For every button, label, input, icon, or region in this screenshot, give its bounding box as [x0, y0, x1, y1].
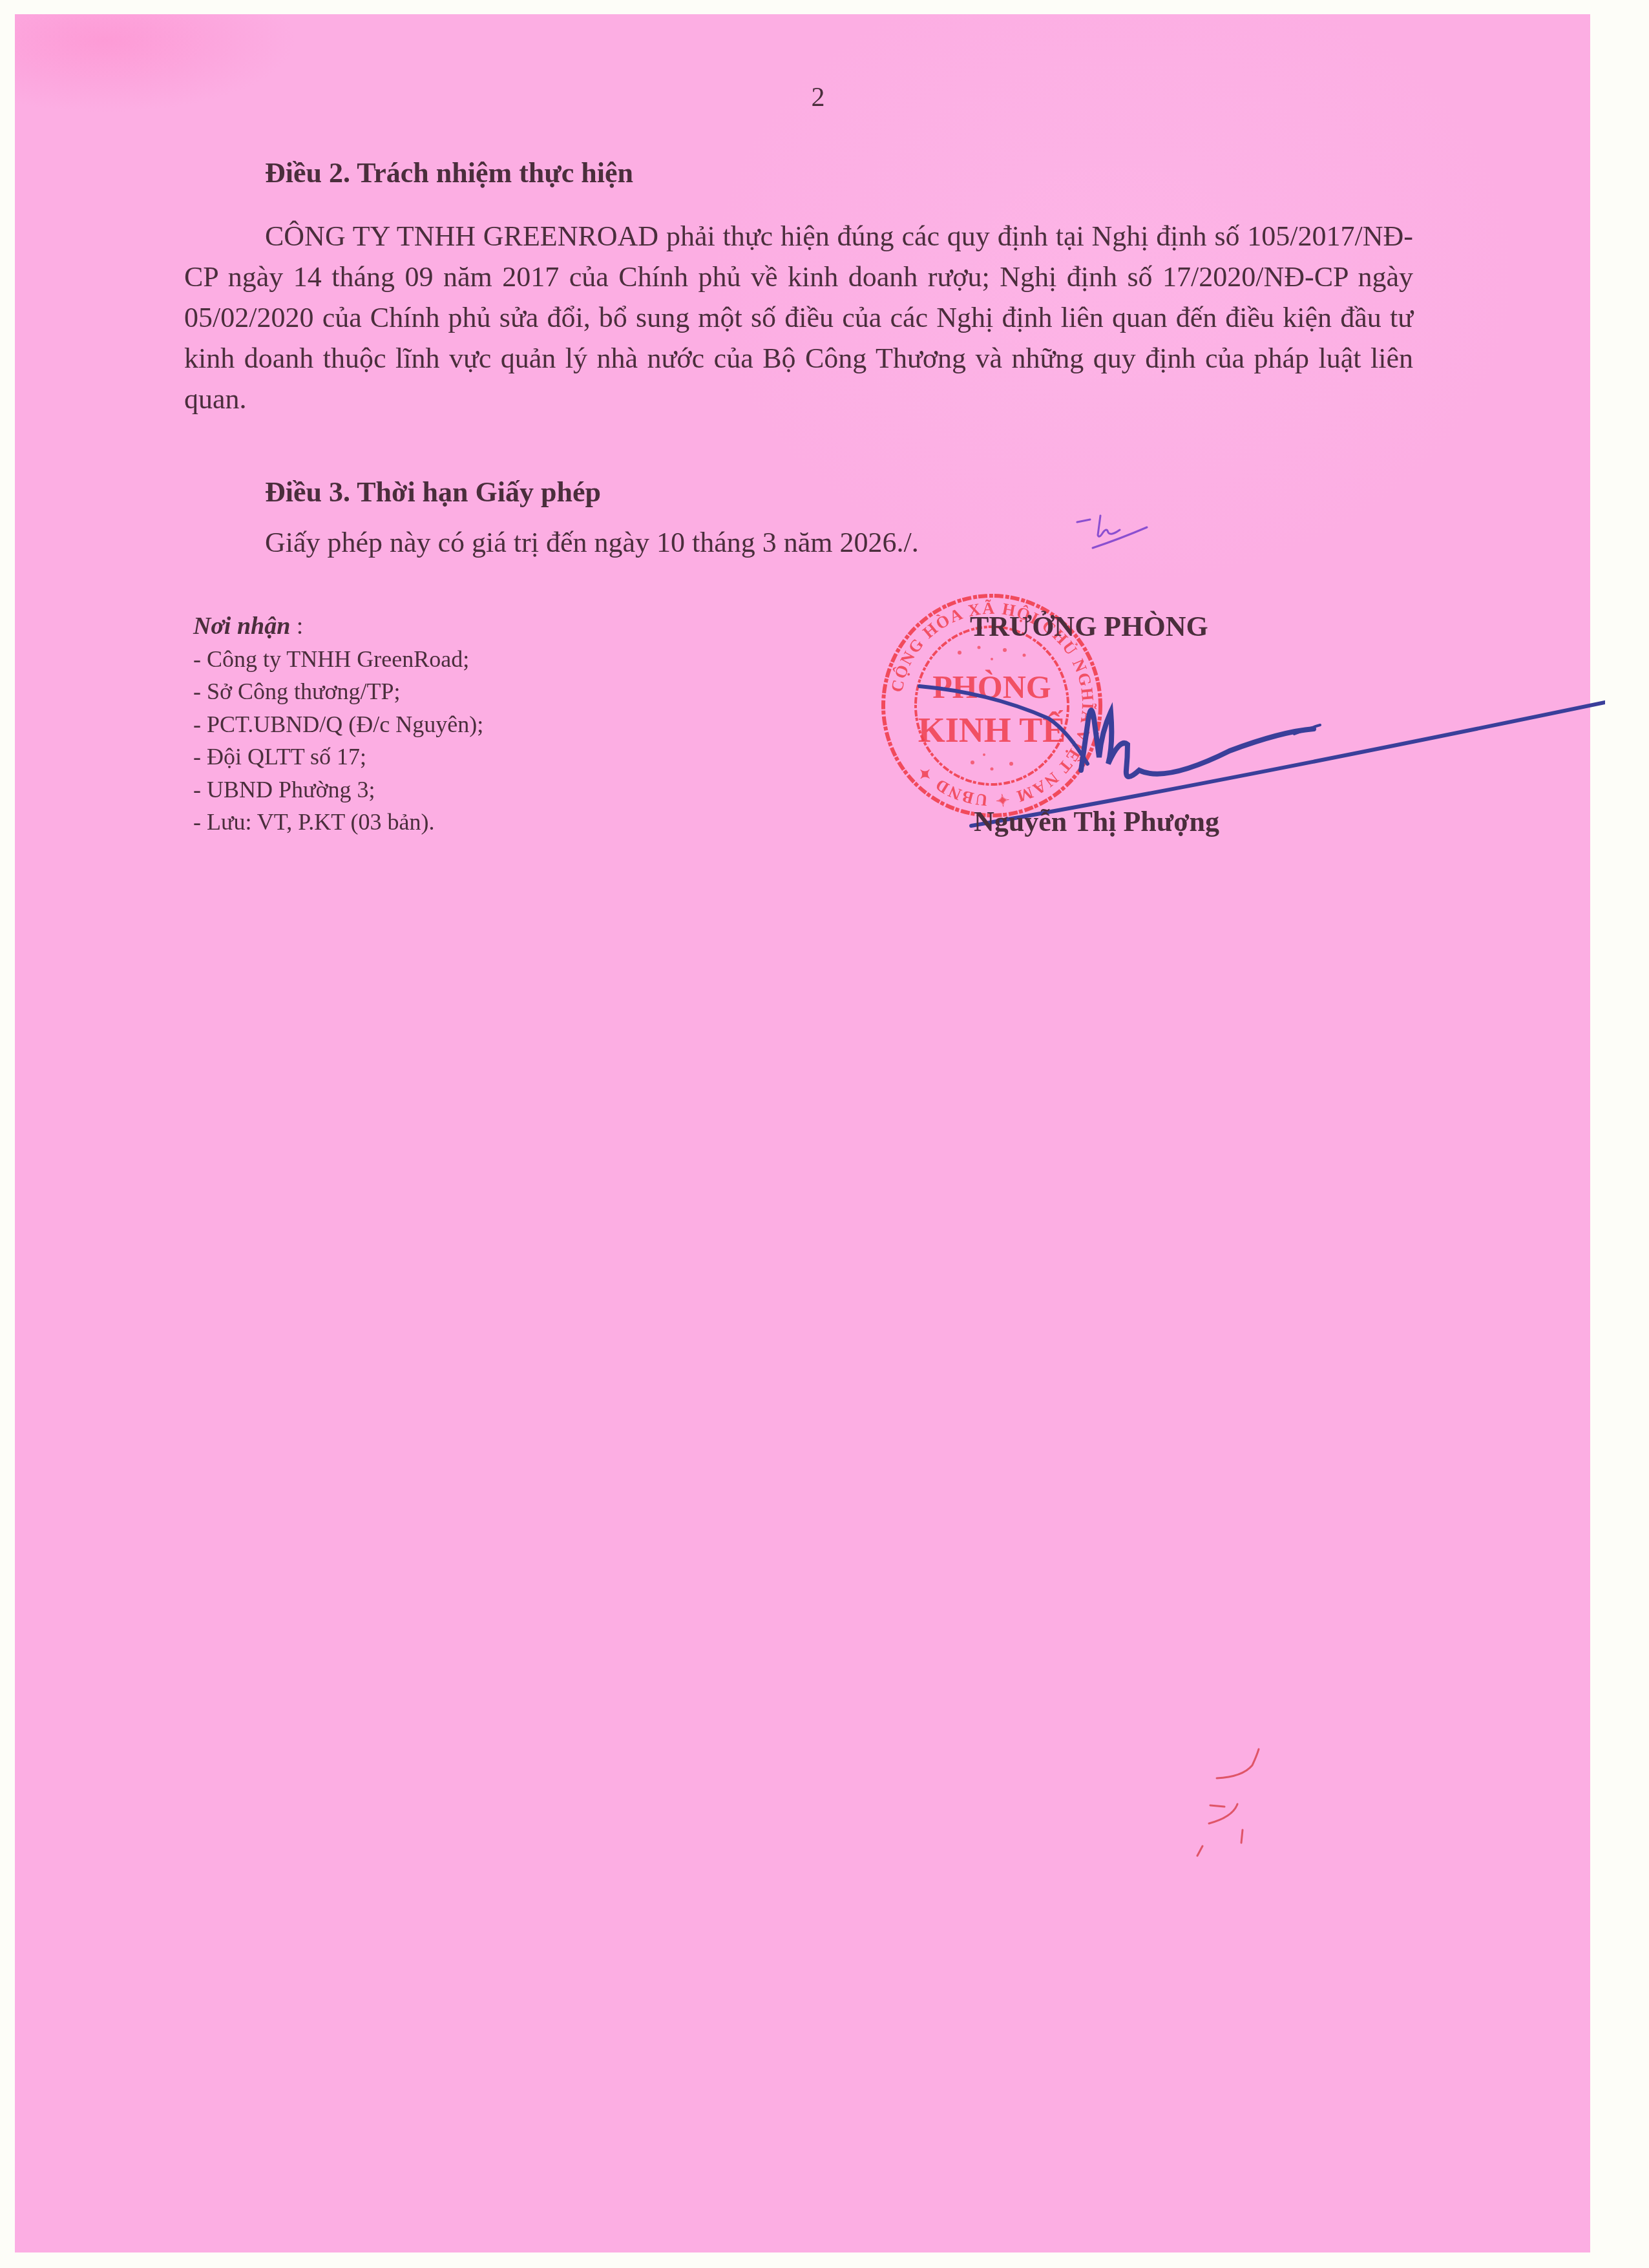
signer-name: Nguyễn Thị Phượng — [974, 804, 1219, 840]
article-3-heading: Điều 3. Thời hạn Giấy phép — [265, 474, 601, 510]
recipients-block: Nơi nhận : - Công ty TNHH GreenRoad; - S… — [193, 610, 483, 839]
article-3-body: Giấy phép này có giá trị đến ngày 10 thá… — [265, 525, 919, 561]
document-page: 2 Điều 2. Trách nhiệm thực hiện CÔNG TY … — [15, 14, 1590, 2252]
recipients-title-text: Nơi nhận — [193, 613, 290, 640]
recipients-title: Nơi nhận : — [193, 610, 483, 643]
article-2-body: CÔNG TY TNHH GREENROAD phải thực hiện đú… — [184, 216, 1413, 419]
recipients-title-colon: : — [290, 613, 303, 640]
article-2-heading: Điều 2. Trách nhiệm thực hiện — [265, 155, 633, 191]
recipient-item: - UBND Phường 3; — [193, 773, 483, 806]
recipient-item: - Lưu: VT, P.KT (03 bản). — [193, 806, 483, 839]
recipient-item: - PCT.UBND/Q (Đ/c Nguyên); — [193, 708, 483, 741]
recipient-item: - Đội QLTT số 17; — [193, 740, 483, 773]
page-number: 2 — [30, 81, 1606, 114]
signer-title: TRƯỞNG PHÒNG — [970, 609, 1208, 645]
handwritten-initials-icon — [1075, 513, 1159, 565]
paper-blemish-icon — [1171, 1720, 1301, 1862]
recipient-list: - Công ty TNHH GreenRoad; - Sở Công thươ… — [193, 643, 483, 839]
recipient-item: - Sở Công thương/TP; — [193, 675, 483, 708]
recipient-item: - Công ty TNHH GreenRoad; — [193, 643, 483, 676]
